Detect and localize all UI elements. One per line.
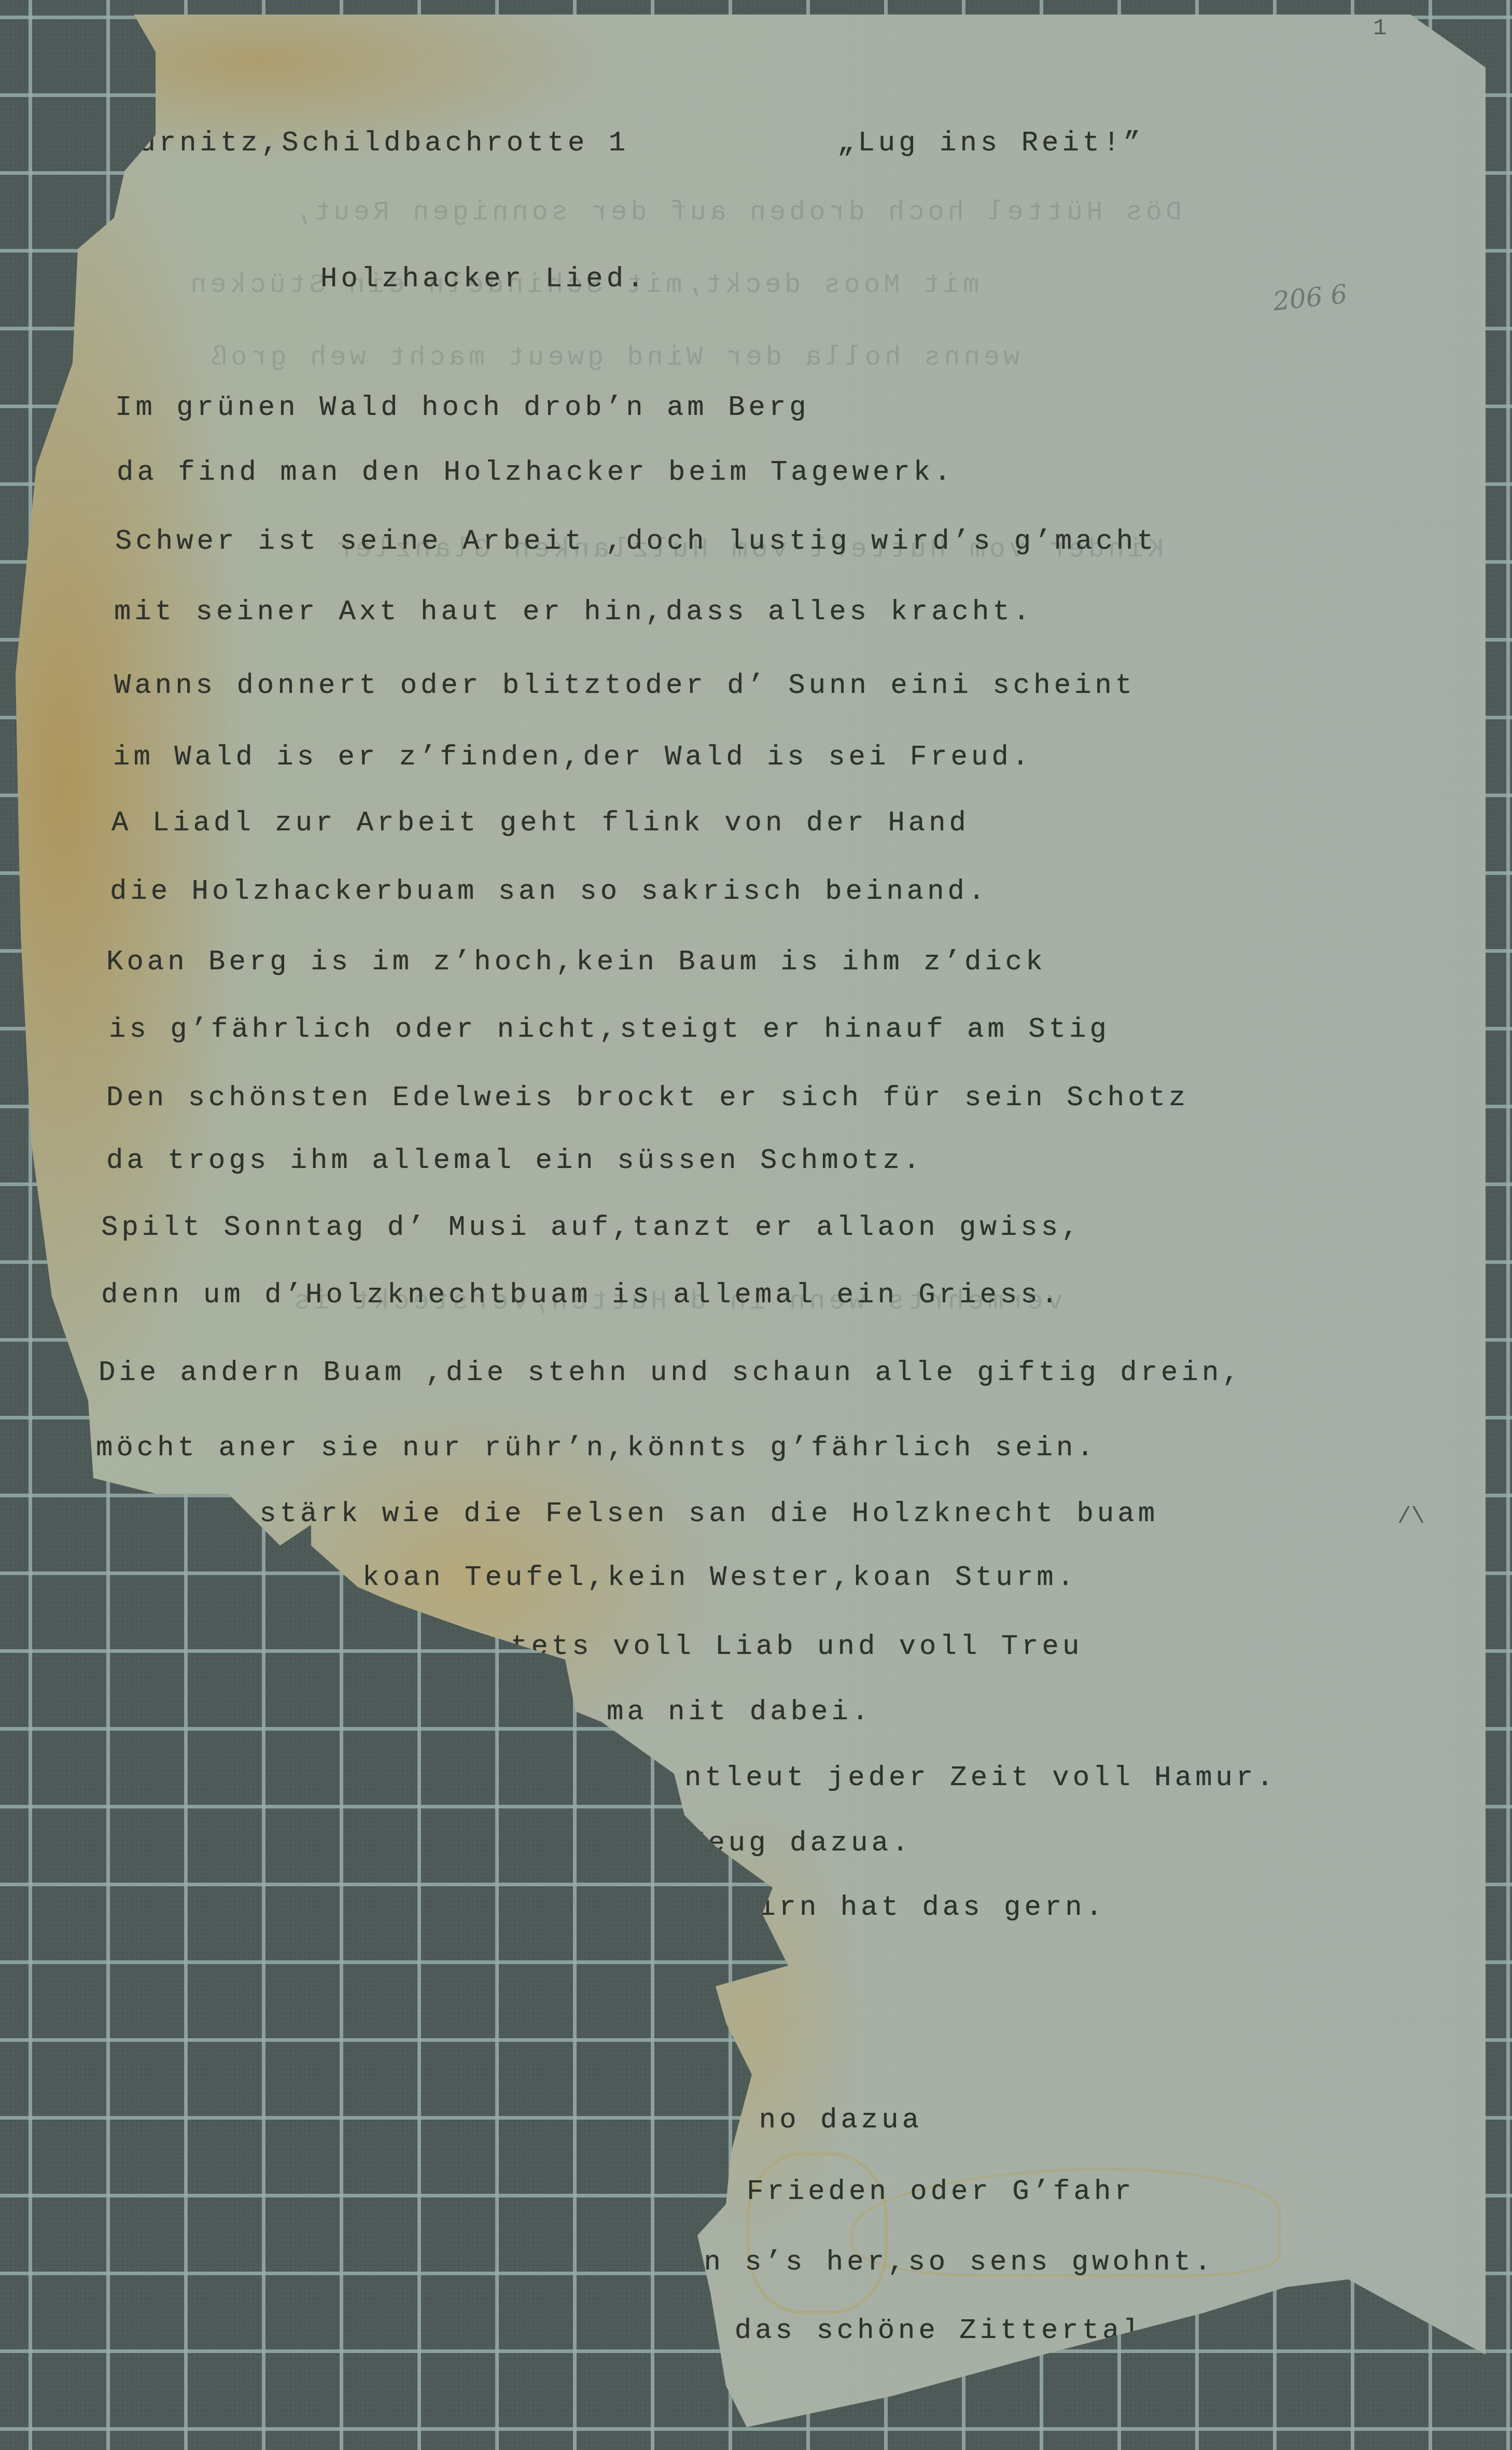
lyric-line: Den schönsten Edelweis brockt er sich fü…: [106, 1084, 1189, 1112]
torn-paper-sheet: Dös Hüttel hoch droben auf der sonnigen …: [0, 0, 1512, 2450]
lyric-line: z no dazua: [718, 2107, 922, 2135]
show-through-text: Dös Hüttel hoch droben auf der sonnigen …: [290, 197, 1182, 228]
lyric-line: die Holzhackerbuam san so sakrisch beina…: [110, 878, 988, 906]
lyric-line: ’n s’s her,so sens gwohnt.: [683, 2249, 1215, 2277]
lyric-line: koan Teufel,kein Wester,koan Sturm.: [362, 1564, 1077, 1592]
pencil-archive-number: 206 6: [1271, 279, 1348, 317]
lyric-line: Frieden oder G’fahr: [747, 2178, 1135, 2206]
lyric-line: Die andern Buam ,die stehn und schaun al…: [99, 1359, 1243, 1387]
lyric-line: A Liadl zur Arbeit geht flink von der Ha…: [111, 810, 970, 838]
lyric-line: Denn so stärk wie die Felsen san die Hol…: [96, 1500, 1158, 1528]
lyric-line: ntleut jeder Zeit voll Hamur.: [684, 1764, 1277, 1792]
lyric-line: Koan Berg is im z’hoch,kein Baum is ihm …: [106, 949, 1046, 977]
header-location: Türnitz,Schildbachrotte 1: [118, 130, 629, 158]
lyric-line: da trogs ihm allemal ein süssen Schmotz.: [106, 1147, 923, 1175]
song-title: Holzhacker Lied.: [320, 266, 647, 294]
lyric-line: Spilt Sonntag d’ Musi auf,tanzt er allao…: [101, 1214, 1082, 1242]
lyric-line: Zeug dazua.: [688, 1830, 912, 1858]
lyric-line: e Dirn hat das gern.: [697, 1894, 1106, 1922]
lyric-line: ma nit dabei.: [607, 1699, 872, 1727]
lyric-line: r das schöne Zittertal: [694, 2317, 1143, 2345]
header-motto: „Lug ins Reit!”: [837, 130, 1144, 158]
corner-mark: 1: [1373, 16, 1387, 41]
lyric-line: Wanns donnert oder blitztoder d’ Sunn ei…: [114, 672, 1136, 700]
lyric-line: möcht aner sie nur rühr’n,könnts g’fährl…: [96, 1435, 1097, 1463]
lyric-line: is g’fährlich oder nicht,steigt er hinau…: [109, 1016, 1110, 1044]
show-through-text: wenns holla der Wind gweut macht weh gro…: [207, 342, 1019, 373]
lyric-line: tets voll Liab und voll Treu: [511, 1633, 1083, 1661]
lyric-line: denn um d’Holzknechtbuam is allemal ein …: [101, 1282, 1061, 1310]
lyric-line: Im grünen Wald hoch drob’n am Berg: [115, 394, 810, 422]
lyric-line: im Wald is er z’finden,der Wald is sei F…: [113, 744, 1032, 772]
lyric-line: da find man den Holzhacker beim Tagewerk…: [117, 459, 955, 487]
margin-mark: /\: [1397, 1504, 1425, 1530]
lyric-line: mit seiner Axt haut er hin,dass alles kr…: [114, 598, 1033, 627]
lyric-line: Schwer ist seine Arbeit ,doch lustig wir…: [115, 528, 1157, 556]
